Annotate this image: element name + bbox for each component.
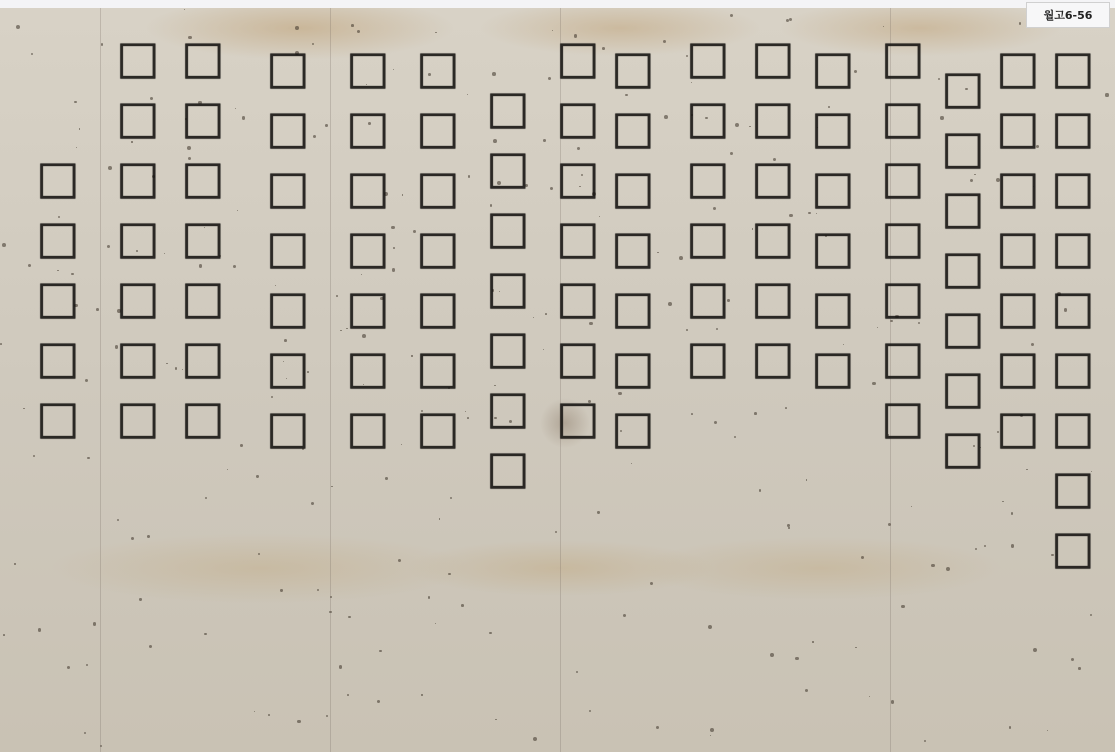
paper-speck (984, 545, 986, 547)
paper-speck (254, 711, 255, 712)
paper-speck (331, 486, 332, 487)
paper-speck (1026, 469, 1027, 470)
paper-speck (664, 115, 668, 119)
calligraphy-column: □□□□□□□□□ (1050, 40, 1096, 580)
paper-speck (1047, 730, 1048, 731)
calligraphy-column: □□□□□□□ (940, 60, 986, 480)
paper-speck (67, 666, 70, 669)
paper-speck (806, 479, 808, 481)
paper-speck (787, 524, 790, 527)
paper-speck (735, 123, 739, 127)
paper-speck (545, 313, 547, 315)
paper-speck (377, 700, 380, 703)
paper-speck (96, 308, 99, 311)
paper-speck (710, 728, 714, 732)
paper-speck (401, 444, 402, 445)
paper-speck (421, 694, 422, 695)
paper-speck (149, 645, 152, 648)
paper-speck (87, 457, 90, 460)
paper-speck (268, 714, 270, 716)
paper-speck (205, 497, 207, 499)
calligraphy-column: □□□□□□□ (880, 30, 926, 450)
paper-speck (730, 14, 734, 18)
paper-speck (233, 265, 236, 268)
paper-speck (347, 694, 349, 696)
paper-speck (2, 243, 6, 247)
paper-speck (3, 634, 5, 636)
paper-speck (891, 700, 895, 704)
paper-speck (448, 573, 451, 576)
paper-speck (317, 589, 319, 591)
paper-speck (351, 24, 354, 27)
calligraphy-column: □□□□□□ (685, 30, 731, 390)
paper-speck (555, 531, 557, 533)
paper-speck (714, 421, 717, 424)
calligraphy-column: □□□□□□□ (180, 30, 226, 450)
paper-speck (901, 605, 905, 609)
paper-speck (708, 625, 712, 629)
paper-speck (883, 26, 884, 27)
paper-speck (385, 477, 388, 480)
calligraphy-column: □□□□□□□ (995, 40, 1041, 460)
paper-speck (1090, 614, 1092, 616)
paper-speck (467, 417, 469, 419)
paper-speck (461, 604, 464, 607)
paper-speck (402, 194, 403, 195)
paper-speck (589, 710, 592, 713)
paper-speck (805, 689, 808, 692)
paper-speck (1009, 726, 1012, 729)
paper-speck (1071, 658, 1074, 661)
calligraphy-column: □□□□□ (35, 150, 81, 450)
paper-speck (650, 582, 653, 585)
paper-speck (295, 26, 299, 30)
paper-speck (663, 40, 666, 43)
paper-speck (325, 124, 328, 127)
paper-speck (1011, 512, 1013, 514)
paper-speck (227, 469, 228, 470)
paper-speck (1019, 22, 1022, 25)
paper-speck (38, 628, 42, 632)
paper-speck (184, 9, 185, 10)
paper-speck (139, 598, 141, 600)
paper-speck (240, 444, 243, 447)
paper-speck (1078, 667, 1080, 669)
paper-speck (1011, 544, 1014, 547)
paper-speck (786, 19, 789, 22)
paper-speck (623, 614, 626, 617)
paper-speck (379, 650, 382, 653)
paper-speck (789, 18, 792, 21)
paper-speck (311, 502, 314, 505)
paper-speck (31, 53, 33, 55)
paper-speck (297, 720, 300, 723)
paper-speck (336, 295, 338, 297)
catalog-label: 월고6-56 (1026, 2, 1110, 28)
calligraphy-column: □□□□□□□ (345, 40, 391, 460)
paper-speck (435, 32, 437, 34)
paper-speck (668, 302, 672, 306)
paper-speck (492, 72, 496, 76)
paper-speck (79, 128, 81, 130)
paper-speck (812, 641, 813, 642)
paper-speck (911, 506, 912, 507)
paper-speck (1002, 501, 1003, 502)
paper-speck (235, 108, 236, 109)
calligraphy-column: □□□□□□ (750, 30, 796, 390)
calligraphy-column: □□□□□□□ (115, 30, 161, 450)
calligraphy-column: □□□□□□□ (610, 40, 656, 460)
paper-speck (74, 101, 76, 103)
paper-speck (710, 735, 711, 736)
paper-speck (656, 726, 659, 729)
paper-speck (759, 489, 761, 491)
calligraphy-column: □□□□□□□ (415, 40, 461, 460)
fold-line (100, 8, 101, 752)
paper-speck (16, 25, 20, 29)
paper-speck (1105, 93, 1108, 96)
paper-speck (93, 622, 97, 626)
paper-speck (258, 553, 260, 555)
paper-speck (237, 210, 238, 211)
paper-speck (543, 139, 546, 142)
scan-border (0, 0, 1115, 8)
paper-speck (166, 363, 168, 365)
paper-speck (788, 527, 789, 528)
paper-speck (348, 616, 350, 618)
paper-speck (147, 535, 150, 538)
paper-speck (131, 537, 135, 541)
paper-speck (450, 497, 452, 499)
document-photo: □□□□□□□□□□□□□□□□□□□□□□□□□□□□□□□□□□□□□□□□… (0, 0, 1115, 752)
paper-speck (795, 657, 798, 660)
paper-speck (489, 632, 491, 634)
paper-speck (734, 436, 736, 438)
paper-speck (861, 556, 864, 559)
paper-speck (435, 623, 436, 624)
paper-speck (533, 737, 537, 741)
paper-speck (256, 475, 258, 477)
paper-speck (597, 511, 599, 513)
paper-speck (576, 671, 578, 673)
paper-speck (280, 589, 282, 591)
paper-speck (754, 412, 757, 415)
paper-speck (428, 596, 430, 598)
paper-speck (1033, 648, 1037, 652)
paper-speck (86, 664, 88, 666)
paper-speck (84, 732, 86, 734)
paper-speck (107, 245, 110, 248)
paper-speck (946, 567, 950, 571)
paper-speck (931, 564, 934, 567)
paper-speck (785, 407, 787, 409)
paper-speck (242, 116, 246, 120)
paper-speck (855, 647, 857, 649)
paper-speck (467, 94, 468, 95)
paper-speck (14, 563, 15, 564)
paper-speck (0, 343, 2, 345)
paper-speck (357, 30, 360, 33)
paper-speck (924, 740, 926, 742)
paper-speck (770, 653, 774, 657)
calligraphy-column: □□□□□□□ (485, 80, 531, 500)
fold-line (330, 8, 331, 752)
paper-speck (339, 665, 343, 669)
paper-speck (23, 408, 24, 409)
paper-speck (975, 548, 977, 550)
paper-speck (33, 455, 35, 457)
paper-speck (691, 413, 693, 415)
calligraphy-column: □□□□□□□ (265, 40, 311, 460)
paper-speck (204, 633, 207, 636)
calligraphy-column: □□□□□□ (810, 40, 856, 400)
paper-speck (869, 696, 870, 697)
paper-speck (117, 519, 119, 521)
paper-speck (543, 349, 544, 350)
paper-speck (468, 175, 470, 177)
paper-speck (398, 559, 401, 562)
paper-speck (76, 147, 77, 148)
calligraphy-column: □□□□□□□ (555, 30, 601, 450)
paper-speck (495, 719, 496, 720)
paper-speck (326, 715, 328, 717)
paper-speck (631, 463, 633, 465)
paper-speck (439, 518, 441, 520)
paper-speck (85, 379, 88, 382)
